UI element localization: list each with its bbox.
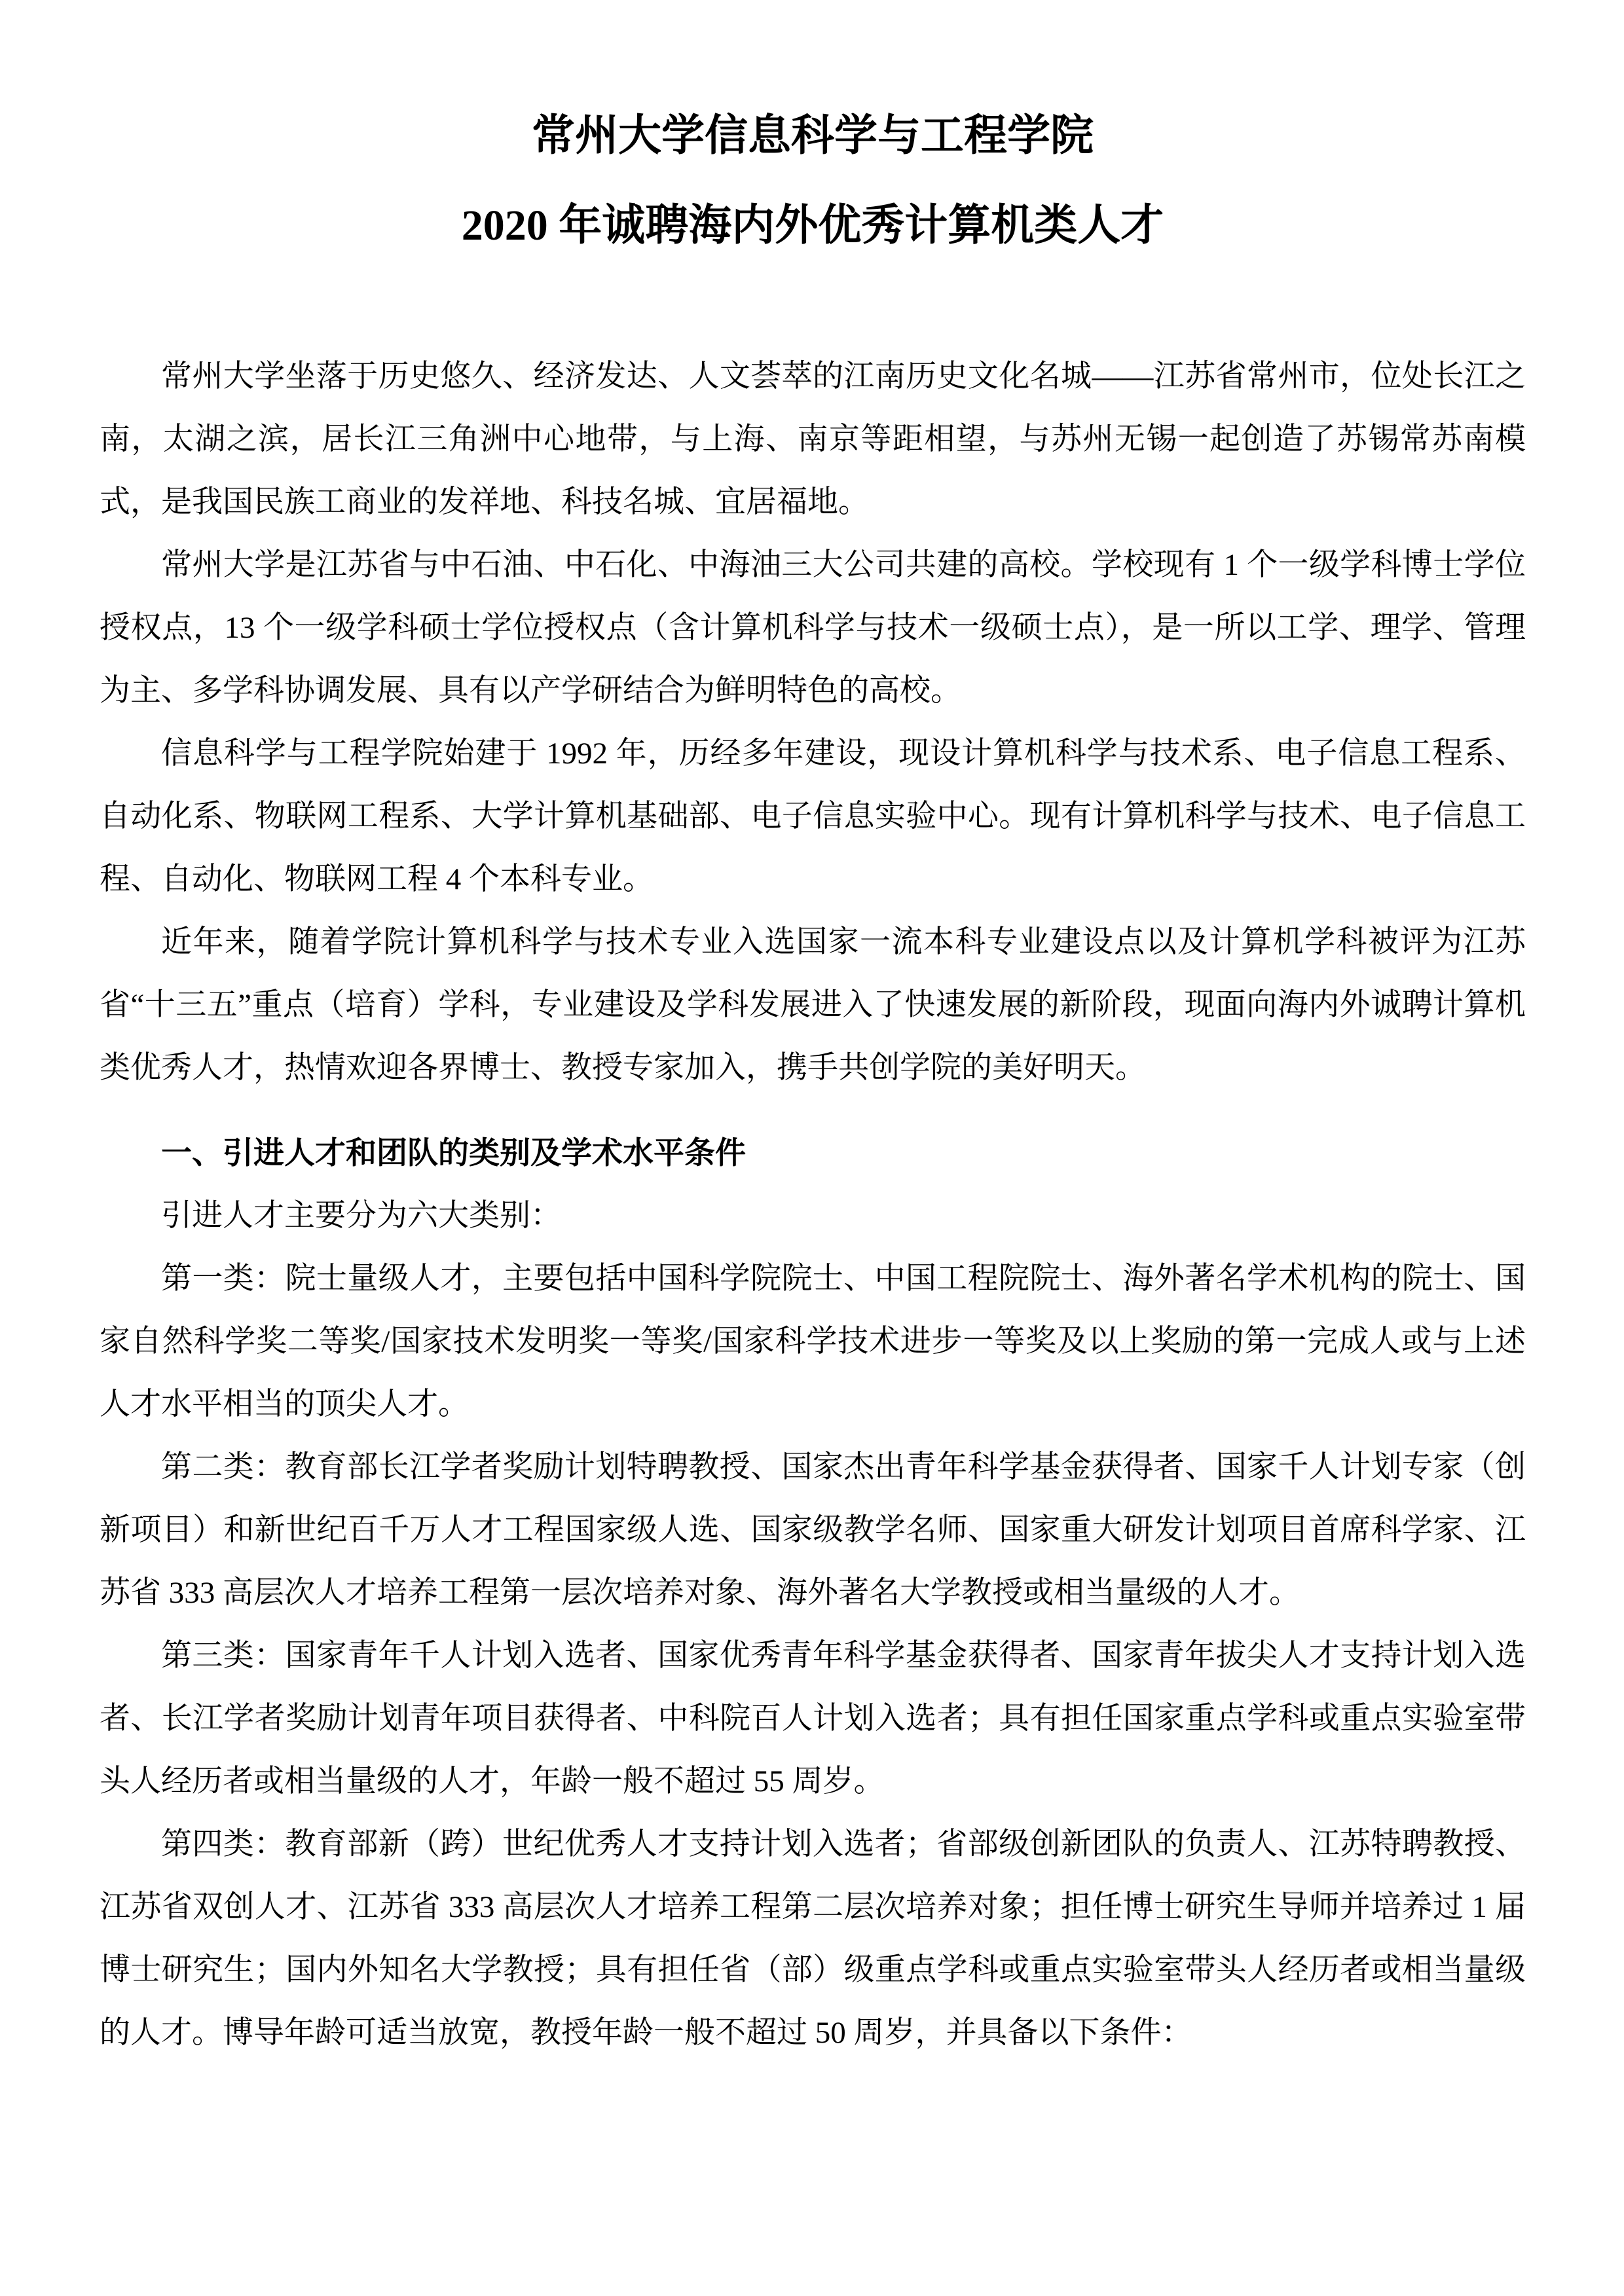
intro-paragraph-2: 常州大学是江苏省与中石油、中石化、中海油三大公司共建的高校。学校现有 1 个一级… <box>100 534 1526 722</box>
document-subtitle: 2020 年诚聘海内外优秀计算机类人才 <box>100 202 1526 250</box>
section-lead: 引进人才主要分为六大类别： <box>100 1184 1526 1247</box>
intro-paragraph-1: 常州大学坐落于历史悠久、经济发达、人文荟萃的江南历史文化名城——江苏省常州市，位… <box>100 345 1526 534</box>
category-paragraph-4: 第四类：教育部新（跨）世纪优秀人才支持计划入选者；省部级创新团队的负责人、江苏特… <box>100 1813 1526 2064</box>
document-body: 常州大学坐落于历史悠久、经济发达、人文荟萃的江南历史文化名城——江苏省常州市，位… <box>100 345 1526 2064</box>
document-content: 常州大学信息科学与工程学院 2020 年诚聘海内外优秀计算机类人才 常州大学坐落… <box>0 0 1624 2064</box>
section-heading-talent-categories: 一、引进人才和团队的类别及学术水平条件 <box>100 1121 1526 1184</box>
document-title: 常州大学信息科学与工程学院 <box>100 113 1526 160</box>
intro-paragraph-4: 近年来，随着学院计算机科学与技术专业入选国家一流本科专业建设点以及计算机学科被评… <box>100 911 1526 1099</box>
document-page: 常州大学信息科学与工程学院 2020 年诚聘海内外优秀计算机类人才 常州大学坐落… <box>0 0 1624 2296</box>
intro-paragraph-3: 信息科学与工程学院始建于 1992 年，历经多年建设，现设计算机科学与技术系、电… <box>100 722 1526 911</box>
category-paragraph-2: 第二类：教育部长江学者奖励计划特聘教授、国家杰出青年科学基金获得者、国家千人计划… <box>100 1436 1526 1624</box>
category-paragraph-1: 第一类：院士量级人才，主要包括中国科学院院士、中国工程院院士、海外著名学术机构的… <box>100 1247 1526 1436</box>
category-paragraph-3: 第三类：国家青年千人计划入选者、国家优秀青年科学基金获得者、国家青年拔尖人才支持… <box>100 1624 1526 1813</box>
